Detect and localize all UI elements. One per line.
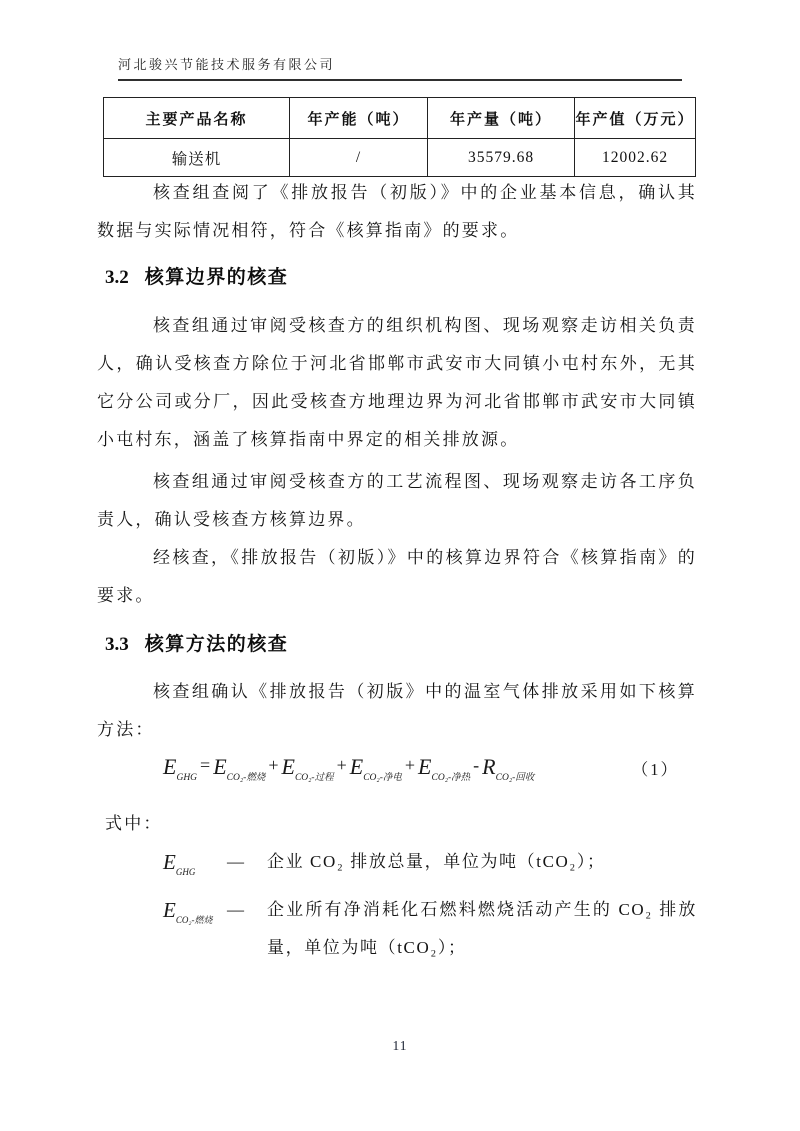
col-header-annual-output: 年产量（吨） (428, 98, 575, 139)
page-footer: 11 (0, 1038, 800, 1054)
document-page: 河北骏兴节能技术服务有限公司 主要产品名称 年产能（吨） 年产量（吨） 年产值（… (0, 0, 800, 1131)
page-number: 11 (393, 1038, 408, 1053)
heading-3-3-title: 核算方法的核查 (145, 634, 289, 655)
page-header: 河北骏兴节能技术服务有限公司 (118, 54, 682, 81)
formula-term-co2-net-electricity: ECO₂-净电 (350, 754, 402, 783)
formula-term-co2-recovery: RCO₂-回收 (482, 754, 534, 783)
heading-3-2: 3.2核算边界的核查 (105, 262, 697, 289)
heading-3-2-number: 3.2 (105, 267, 129, 288)
plus-sign: + (405, 755, 415, 776)
definition-dash: — (227, 891, 267, 929)
heading-3-2-title: 核算边界的核查 (145, 267, 289, 288)
heading-3-3: 3.3核算方法的核查 (105, 629, 697, 656)
col-header-annual-capacity: 年产能（吨） (290, 98, 428, 139)
definition-eghg-symbol: EGHG (163, 843, 227, 891)
paragraph-boundary-1: 核查组通过审阅受核查方的组织机构图、现场观察走访相关负责人，确认受核查方除位于河… (97, 307, 697, 459)
paragraph-method-intro-block: 核查组确认《排放报告（初版》中的温室气体排放采用如下核算方法： (97, 673, 697, 749)
plus-sign: + (268, 755, 278, 776)
paragraph-boundary-2-3-block: 核查组通过审阅受核查方的工艺流程图、现场观察走访各工序负责人，确认受核查方核算边… (97, 463, 697, 615)
formula-1: EGHG=ECO₂-燃烧+ECO₂-过程+ECO₂-净电+ECO₂-净热-RCO… (97, 750, 697, 796)
definition-eghg: EGHG — 企业 CO₂ 排放总量，单位为吨（tCO₂）； (97, 843, 697, 891)
cell-product-name: 输送机 (104, 139, 290, 177)
table-header-row: 主要产品名称 年产能（吨） 年产量（吨） 年产值（万元） (104, 98, 696, 139)
where-label: 式中： (97, 805, 697, 843)
heading-3-3-number: 3.3 (105, 634, 129, 655)
col-header-product-name: 主要产品名称 (104, 98, 290, 139)
formula-term-co2-process: ECO₂-过程 (281, 754, 333, 783)
equals-sign: = (200, 755, 210, 776)
equation-number: （1） (632, 756, 679, 780)
company-name: 河北骏兴节能技术服务有限公司 (118, 57, 335, 72)
formula-term-co2-combustion: ECO₂-燃烧 (213, 754, 265, 783)
table-row: 输送机 / 35579.68 12002.62 (104, 139, 696, 177)
definition-eco2-combustion: ECO₂-燃烧 — 企业所有净消耗化石燃料燃烧活动产生的 CO₂ 排放量，单位为… (97, 891, 697, 967)
paragraph-basic-info-block: 核查组查阅了《排放报告（初版）》中的企业基本信息，确认其数据与实际情况相符，符合… (97, 174, 697, 250)
paragraph-boundary-2: 核查组通过审阅受核查方的工艺流程图、现场观察走访各工序负责人，确认受核查方核算边… (97, 463, 697, 539)
formula-term-co2-net-heat: ECO₂-净热 (418, 754, 470, 783)
paragraph-boundary-3: 经核查，《排放报告（初版）》中的核算边界符合《核算指南》的要求。 (97, 539, 697, 615)
definition-dash: — (227, 843, 267, 881)
definition-eghg-text: 企业 CO₂ 排放总量，单位为吨（tCO₂）； (267, 843, 697, 881)
product-table: 主要产品名称 年产能（吨） 年产量（吨） 年产值（万元） 输送机 / 35579… (103, 97, 696, 177)
paragraph-method-intro: 核查组确认《排放报告（初版》中的温室气体排放采用如下核算方法： (97, 673, 697, 749)
paragraph-basic-info: 核查组查阅了《排放报告（初版）》中的企业基本信息，确认其数据与实际情况相符，符合… (97, 174, 697, 250)
definition-eco2-combustion-text: 企业所有净消耗化石燃料燃烧活动产生的 CO₂ 排放量，单位为吨（tCO₂）； (267, 891, 697, 967)
definition-eco2-combustion-symbol: ECO₂-燃烧 (163, 891, 227, 939)
plus-sign: + (337, 755, 347, 776)
minus-sign: - (473, 755, 479, 776)
paragraph-boundary-1-block: 核查组通过审阅受核查方的组织机构图、现场观察走访相关负责人，确认受核查方除位于河… (97, 307, 697, 459)
cell-annual-value: 12002.62 (575, 139, 696, 177)
cell-annual-capacity: / (290, 139, 428, 177)
formula-1-expression: EGHG=ECO₂-燃烧+ECO₂-过程+ECO₂-净电+ECO₂-净热-RCO… (163, 754, 534, 783)
col-header-annual-value: 年产值（万元） (575, 98, 696, 139)
where-label-block: 式中： (97, 805, 697, 843)
formula-term-eghg: EGHG (163, 754, 197, 783)
cell-annual-output: 35579.68 (428, 139, 575, 177)
